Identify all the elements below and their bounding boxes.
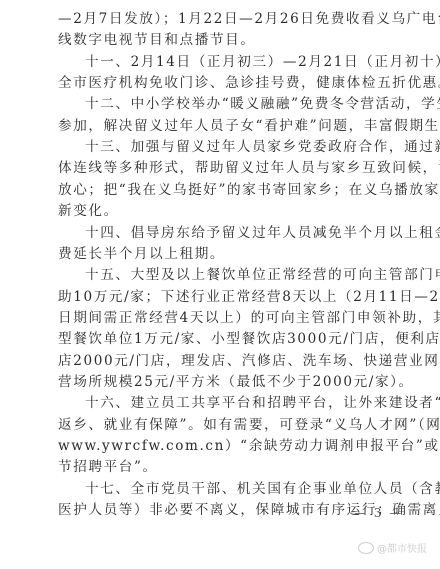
- text-line: 医护人员等）非必要不离义，保障城市有序运行；确需离义的，: [58, 499, 390, 521]
- text-line: 十七、全市党员干部、机关国有企事业单位人员（含教师、: [58, 478, 390, 500]
- text-line: 十二、中小学校举办“暖义融融”免费冬令营活动，学生自愿: [58, 93, 390, 115]
- text-line: 十六、建立员工共享平台和招聘平台，让外来建设者“春节不: [58, 392, 390, 414]
- text-line: 十一、2月14日（正月初三）—2月21日（正月初十），: [58, 51, 390, 73]
- text-line: 放心；把“我在义乌挺好”的家书寄回家乡；在义乌播放家乡的最: [58, 179, 390, 201]
- text-line: 十三、加强与留义过年人员家乡党委政府合作，通过新闻媒: [58, 136, 390, 158]
- text-line: —2月7日发放）；1月22日—2月26日免费收看义乌广电台有: [58, 8, 390, 30]
- text-line: 全市医疗机构免收门诊、急诊挂号费，健康体检五折优惠。: [58, 72, 390, 94]
- text-line: 型餐饮单位1万元/家、小型餐饮店3000元/门店，便利店、洗衣: [58, 328, 390, 350]
- text-line: 返乡、就业有保障”。如有需要，可登录“义乌人才网”（网址：: [58, 414, 390, 436]
- text-line: 十五、大型及以上餐饮单位正常经营的可向主管部门申领补: [58, 264, 390, 286]
- text-line: 十四、倡导房东给予留义过年人员减免半个月以上租金或免: [58, 222, 390, 244]
- text-line: 日期间需正常经营4天以上）的可向主管部门申领补助，其中中: [58, 307, 390, 329]
- text-line: 店2000元/门店，理发店、汽修店、洗车场、快递营业网点按经: [58, 350, 390, 372]
- text-line: 助10万元/家；下述行业正常经营8天以上（2月11日—2月17: [58, 286, 390, 308]
- page-number: — 3 —: [354, 506, 403, 520]
- text-line: 节招聘平台”。: [58, 456, 390, 478]
- text-line: 新变化。: [58, 200, 390, 222]
- text-line: 线数字电视节目和点播节目。: [58, 29, 390, 51]
- text-line: www.ywrcfw.com.cn）“余缺劳动力调剂申报平台”或“留在义乌春: [58, 435, 390, 457]
- text-line: 营场所规模25元/平方米（最低不少于2000元/家）。: [58, 371, 390, 393]
- text-line: 费延长半个月以上租期。: [58, 243, 390, 265]
- weibo-watermark: @都市快报: [358, 540, 427, 555]
- watermark-text: @都市快报: [377, 540, 427, 555]
- text-line: 参加，解决留义过年人员子女“看护难”问题，丰富假期生活。: [58, 115, 390, 137]
- text-line: 体连线等多种形式，帮助留义过年人员与家乡互致问候，让家人: [58, 157, 390, 179]
- weibo-icon: [358, 542, 374, 554]
